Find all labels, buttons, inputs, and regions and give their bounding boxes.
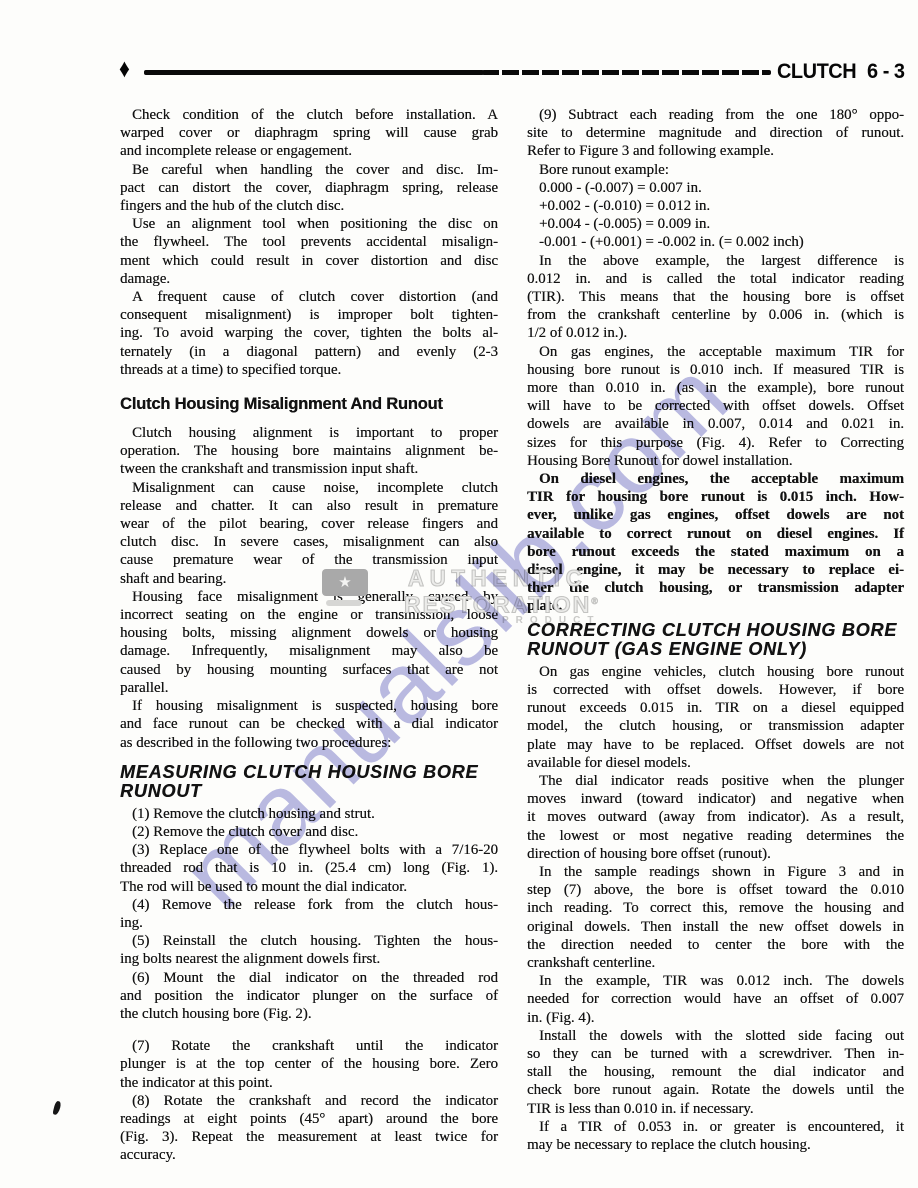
text-line: needed for correction would have an offs…	[527, 990, 904, 1008]
text-line: Housing Bore Runout for dowel installati…	[527, 452, 904, 470]
text-line: model, the clutch housing, or transmissi…	[527, 717, 904, 735]
text-line: Clutch housing alignment is important to…	[120, 424, 498, 442]
text-line: ment which could result in cover distort…	[120, 252, 498, 270]
text-line: check bore runout again. Rotate the dowe…	[527, 1081, 904, 1099]
text-line: A frequent cause of clutch cover distort…	[120, 288, 498, 306]
paragraph: The dial indicator reads positive when t…	[527, 772, 904, 863]
logo-star-icon: ★	[338, 575, 351, 590]
text-line: Use an alignment tool when positioning t…	[120, 215, 498, 233]
paragraph: (1) Remove the clutch housing and strut.	[120, 805, 498, 823]
logo-badge-subtext	[326, 600, 362, 606]
text-line: On gas engines, the acceptable maximum T…	[527, 343, 904, 361]
heading-line: MEASURING CLUTCH HOUSING BORE	[120, 763, 498, 783]
text-line: +0.002 - (-0.010) = 0.012 in.	[527, 197, 904, 215]
text-line: ever, unlike gas engines, offset dowels …	[527, 506, 904, 524]
page: ♦ CLUTCH 6 - 3 ★ AUTHENTIC RESTORATION® …	[0, 0, 918, 1188]
text-line: 0.012 in. and is called the total indica…	[527, 270, 904, 288]
text-line: (6) Mount the dial indicator on the thre…	[120, 969, 498, 987]
text-line: release and chatter. It can also result …	[120, 497, 498, 515]
text-line: damage. Infrequently, misalignment may a…	[120, 642, 498, 660]
paragraph: If housing misalignment is suspected, ho…	[120, 697, 498, 752]
text-line: original dowels. Then install the new of…	[527, 918, 904, 936]
text-line: readings at eight points (45° apart) aro…	[120, 1110, 498, 1128]
text-line: (9) Subtract each reading from the one 1…	[527, 106, 904, 124]
text-line: more than 0.010 in. (as in the example),…	[527, 379, 904, 397]
text-line: The rod will be used to mount the dial i…	[120, 878, 498, 896]
text-line: and face runout can be checked with a di…	[120, 715, 498, 733]
text-line: Misalignment can cause noise, incomplete…	[120, 479, 498, 497]
text-line: as described in the following two proced…	[120, 734, 498, 752]
header-diamond-icon: ♦	[119, 56, 130, 82]
text-line: Be careful when handling the cover and d…	[120, 161, 498, 179]
text-line: 1/2 of 0.012 in.).	[527, 324, 904, 342]
heading-line: RUNOUT	[120, 782, 498, 802]
paragraph: In the example, TIR was 0.012 inch. The …	[527, 972, 904, 1027]
text-line: Check condition of the clutch before ins…	[120, 106, 498, 124]
text-line: plunger is at the top center of the hous…	[120, 1055, 498, 1073]
text-line: The dial indicator reads positive when t…	[527, 772, 904, 790]
text-line: will have to be corrected with offset do…	[527, 397, 904, 415]
text-line: may be necessary to replace the clutch h…	[527, 1136, 904, 1154]
text-line: sizes for this purpose (Fig. 4). Refer t…	[527, 434, 904, 452]
text-line: Bore runout example:	[527, 161, 904, 179]
page-title: CLUTCH	[777, 60, 856, 84]
paragraph: (4) Remove the release fork from the clu…	[120, 896, 498, 932]
text-line: from the crankshaft centerline by 0.006 …	[527, 306, 904, 324]
paragraph: (5) Reinstall the clutch housing. Tighte…	[120, 932, 498, 968]
page-number: 6 - 3	[867, 60, 905, 84]
text-line: TIR for housing bore runout is 0.015 inc…	[527, 488, 904, 506]
text-line: fingers and the hub of the clutch disc.	[120, 197, 498, 215]
text-line: 0.000 - (-0.007) = 0.007 in.	[527, 179, 904, 197]
registered-mark-icon: ®	[591, 596, 600, 606]
text-line: the clutch housing bore (Fig. 2).	[120, 1005, 498, 1023]
text-line: accuracy.	[120, 1146, 498, 1164]
paragraph: Be careful when handling the cover and d…	[120, 161, 498, 216]
heading-line: RUNOUT (GAS ENGINE ONLY)	[527, 640, 904, 660]
text-line: On gas engine vehicles, clutch housing b…	[527, 663, 904, 681]
watermark-logo: ★ AUTHENTIC RESTORATION® PRODUCT	[320, 554, 620, 638]
text-line: (5) Reinstall the clutch housing. Tighte…	[120, 932, 498, 950]
text-line: In the above example, the largest differ…	[527, 252, 904, 270]
paragraph: (2) Remove the clutch cover and disc.	[120, 823, 498, 841]
paragraph: On gas engine vehicles, clutch housing b…	[527, 663, 904, 772]
header-rule	[144, 70, 484, 75]
text-line: housing bore runout is 0.010 inch. If me…	[527, 361, 904, 379]
text-line: wear of the pilot bearing, cover release…	[120, 515, 498, 533]
text-line: (4) Remove the release fork from the clu…	[120, 896, 498, 914]
text-line: crankshaft centerline.	[527, 954, 904, 972]
text-line: direction of housing bore offset (runout…	[527, 845, 904, 863]
text-line: the lowest or most negative reading dete…	[527, 827, 904, 845]
paragraph: Check condition of the clutch before ins…	[120, 106, 498, 161]
text-line: so they can be turned with a screwdriver…	[527, 1045, 904, 1063]
text-line: ing.	[120, 914, 498, 932]
text-line: (1) Remove the clutch housing and strut.	[120, 805, 498, 823]
paragraph: (9) Subtract each reading from the one 1…	[527, 106, 904, 161]
text-line: clutch disc. In severe cases, misalignme…	[120, 533, 498, 551]
text-line: damage.	[120, 270, 498, 288]
text-line: the indicator at this point.	[120, 1074, 498, 1092]
paragraph: If a TIR of 0.053 in. or greater is enco…	[527, 1118, 904, 1154]
text-line: pact can distort the cover, diaphragm sp…	[120, 179, 498, 197]
text-line: (2) Remove the clutch cover and disc.	[120, 823, 498, 841]
paragraph: (7) Rotate the crankshaft until the indi…	[120, 1037, 498, 1092]
logo-text-authentic: AUTHENTIC	[408, 567, 587, 590]
text-line: inch reading. To correct this, remove th…	[527, 899, 904, 917]
header: CLUTCH 6 - 3	[777, 60, 907, 84]
paragraph: (3) Replace one of the flywheel bolts wi…	[120, 841, 498, 896]
text-line: available to correct runout on diesel en…	[527, 525, 904, 543]
text-line: TIR is less than 0.010 in. if necessary.	[527, 1100, 904, 1118]
text-line: the flywheel. The tool prevents accident…	[120, 233, 498, 251]
text-line: warped cover or diaphragm spring will ca…	[120, 124, 498, 142]
text-line: ing bolts nearest the alignment dowels f…	[120, 950, 498, 968]
text-line: On diesel engines, the acceptable maximu…	[527, 470, 904, 488]
text-line: (8) Rotate the crankshaft and record the…	[120, 1092, 498, 1110]
text-line: +0.004 - (-0.005) = 0.009 in.	[527, 215, 904, 233]
text-line: operation. The housing bore maintains al…	[120, 442, 498, 460]
header-rule-dashed	[482, 70, 771, 75]
paragraph: In the sample readings shown in Figure 3…	[527, 863, 904, 972]
text-line: consequent misalignment) is improper bol…	[120, 306, 498, 324]
text-line: available for diesel models.	[527, 754, 904, 772]
section-heading: MEASURING CLUTCH HOUSING BORERUNOUT	[120, 763, 498, 802]
text-line: -0.001 - (+0.001) = -0.002 in. (= 0.002 …	[527, 233, 904, 251]
text-line: In the example, TIR was 0.012 inch. The …	[527, 972, 904, 990]
text-line: moves inward (toward indicator) and nega…	[527, 790, 904, 808]
text-line: threads at a time) to specified torque.	[120, 361, 498, 379]
text-line: caused by housing mounting surfaces that…	[120, 661, 498, 679]
paragraph: In the above example, the largest differ…	[527, 252, 904, 343]
paragraph: Use an alignment tool when positioning t…	[120, 215, 498, 288]
text-line: it moves outward (away from indicator). …	[527, 808, 904, 826]
text-line: threaded rod that is 10 in. (25.4 cm) lo…	[120, 859, 498, 877]
text-line: dowels are available in 0.007, 0.014 and…	[527, 415, 904, 433]
paragraph: Install the dowels with the slotted side…	[527, 1027, 904, 1118]
text-line: ing. To avoid warping the cover, tighten…	[120, 324, 498, 342]
paragraph: (6) Mount the dial indicator on the thre…	[120, 969, 498, 1024]
text-line: is corrected with offset dowels. However…	[527, 681, 904, 699]
text-line: and position the indicator plunger on th…	[120, 987, 498, 1005]
stray-ink-mark	[52, 1100, 61, 1115]
paragraph: Clutch housing alignment is important to…	[120, 424, 498, 479]
text-line: in. (Fig. 4).	[527, 1009, 904, 1027]
paragraph: On gas engines, the acceptable maximum T…	[527, 343, 904, 470]
text-line: If a TIR of 0.053 in. or greater is enco…	[527, 1118, 904, 1136]
paragraph: A frequent cause of clutch cover distort…	[120, 288, 498, 379]
text-line: Install the dowels with the slotted side…	[527, 1027, 904, 1045]
paragraph: (8) Rotate the crankshaft and record the…	[120, 1092, 498, 1165]
section-heading: Clutch Housing Misalignment And Runout	[120, 394, 498, 414]
text-line: the direction needed to center the bore …	[527, 936, 904, 954]
column-gap	[120, 1023, 498, 1037]
text-line: If housing misalignment is suspected, ho…	[120, 697, 498, 715]
text-line: Refer to Figure 3 and following example.	[527, 142, 904, 160]
text-line: runout exceeds 0.015 in. TIR on a diesel…	[527, 699, 904, 717]
text-line: stall the housing, remount the dial indi…	[527, 1063, 904, 1081]
logo-text-restoration: RESTORATION®	[404, 590, 600, 617]
logo-badge: ★	[322, 569, 368, 596]
heading-line: Clutch Housing Misalignment And Runout	[120, 394, 498, 414]
text-line: ternately (in a diagonal pattern) and ev…	[120, 343, 498, 361]
logo-text-product: PRODUCT	[502, 615, 600, 626]
text-line: and incomplete release or engagement.	[120, 142, 498, 160]
text-line: (7) Rotate the crankshaft until the indi…	[120, 1037, 498, 1055]
text-line: (3) Replace one of the flywheel bolts wi…	[120, 841, 498, 859]
paragraph: Bore runout example:	[527, 161, 904, 179]
text-line: In the sample readings shown in Figure 3…	[527, 863, 904, 881]
text-line: step (7) above, the bore is offset towar…	[527, 881, 904, 899]
text-line: (TIR). This means that the housing bore …	[527, 288, 904, 306]
text-line: plate may have to be replaced. Offset do…	[527, 736, 904, 754]
text-line: parallel.	[120, 679, 498, 697]
text-line: (Fig. 3). Repeat the measurement at leas…	[120, 1128, 498, 1146]
text-line: site to determine magnitude and directio…	[527, 124, 904, 142]
text-line: tween the crankshaft and transmission in…	[120, 460, 498, 478]
equation-block: 0.000 - (-0.007) = 0.007 in.+0.002 - (-0…	[527, 179, 904, 252]
